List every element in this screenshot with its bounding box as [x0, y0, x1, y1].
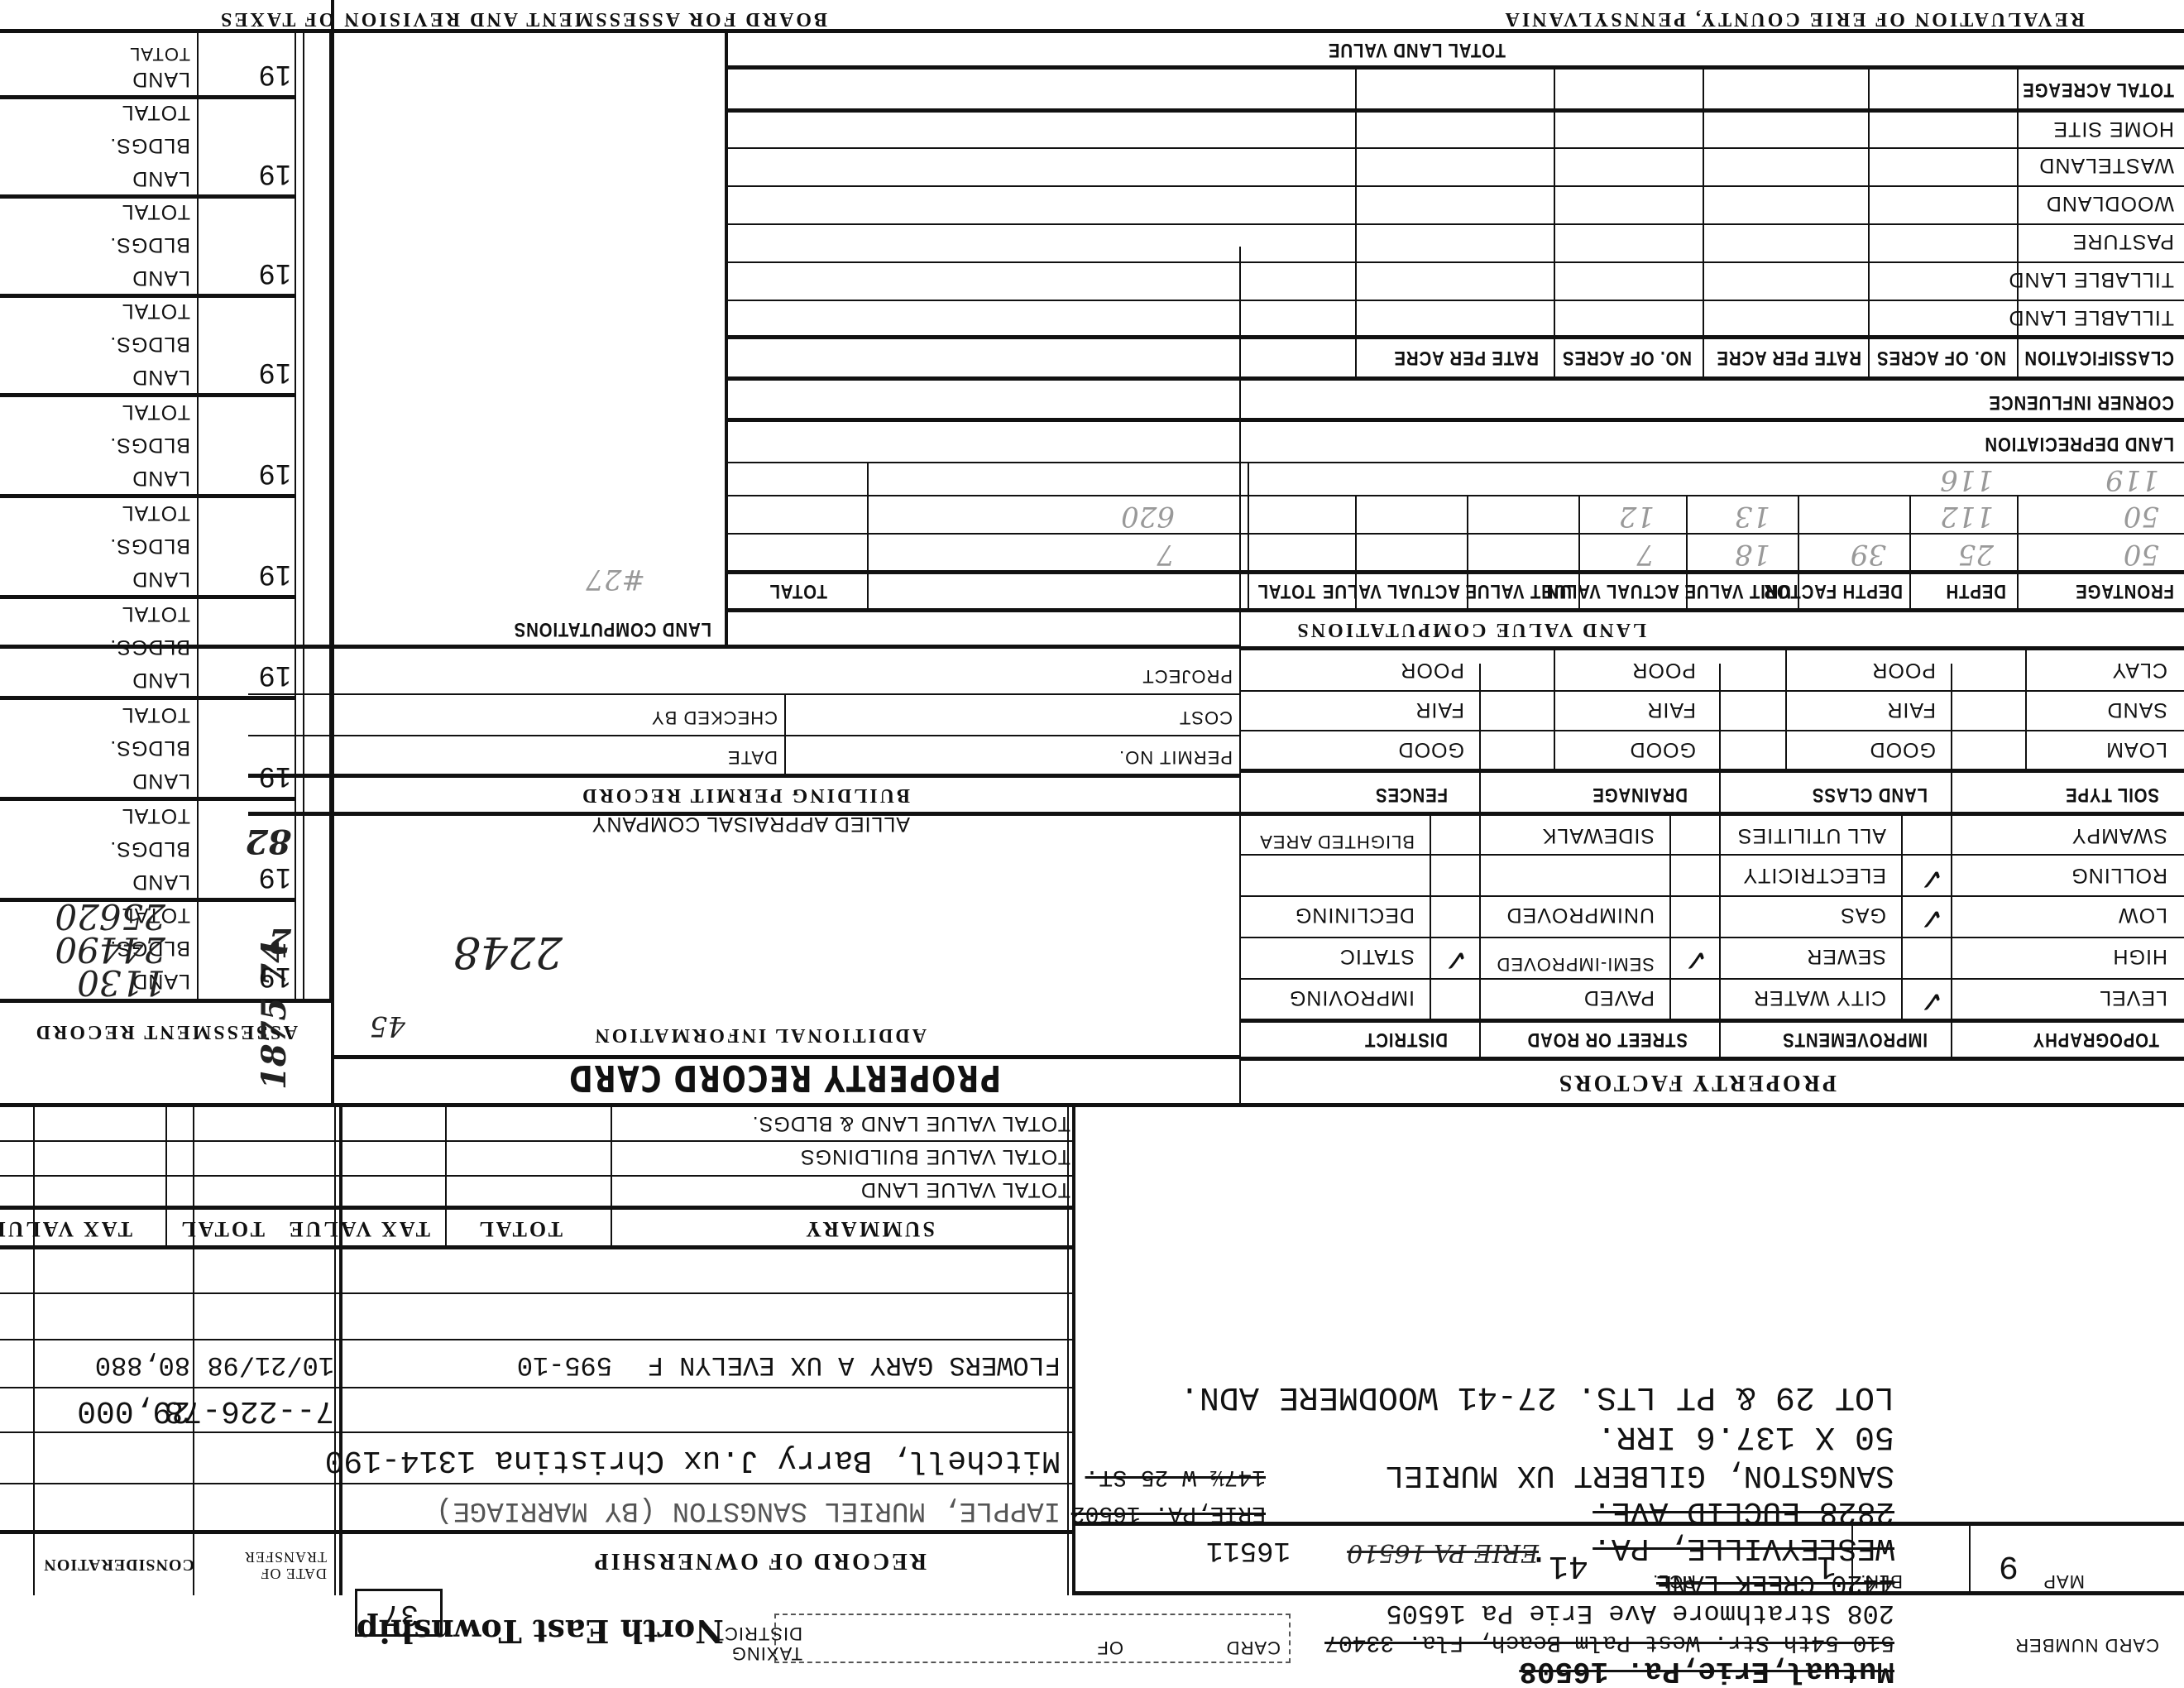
additional-info-title: ADDITIONAL INFORMATION	[592, 1024, 927, 1046]
land-computations-note: #27	[586, 563, 645, 596]
summary-title: SUMMARY	[803, 1216, 935, 1241]
board-title: BOARD FOR ASSESSMENT AND REVISION OF TAX…	[218, 7, 827, 30]
land-value-computations-title: LAND VALUE COMPUTATIONS	[1295, 618, 1646, 640]
card-of-box: CARD OF	[774, 1614, 1291, 1663]
of-label: OF	[1096, 1637, 1123, 1658]
building-permit-title: BUILDING PERMIT RECORD	[580, 784, 910, 806]
topography-header: TOPOGRAPHY	[2033, 1028, 2159, 1051]
additional-info-hand-2: 45	[370, 1009, 405, 1043]
owner-row-4-consideration: 80,880	[95, 1350, 190, 1380]
owner-row-4: FLOWERS GARY A UX EVELYN F	[648, 1350, 1061, 1380]
address-4: 208 Strathmore Ave Erie Pa 16505	[1387, 1598, 1895, 1628]
property-factors-title: PROPERTY FACTORS	[1557, 1069, 1837, 1096]
address-5: 510 54th Str. West Palm Beach, Fla. 3340…	[1324, 1629, 1894, 1655]
owner-row-4-ref: 595-10	[517, 1350, 612, 1380]
total-land-value: TOTAL LAND VALUE	[1328, 38, 1506, 61]
owner-alt-address: 147½ W 25 ST.	[1085, 1464, 1266, 1489]
col-date-header: DATE OF TRANSFER	[236, 1549, 327, 1582]
property-record-card: CARD NUMBER CARD OF TAXING DISTRICT Nort…	[0, 0, 2184, 1688]
card-label: CARD	[1226, 1637, 1281, 1658]
address-2-hand: ERIE PA 16510	[1347, 1538, 1539, 1567]
address-3: 4420 CREEK LANE	[1656, 1568, 1894, 1599]
check-electricity[interactable]: ✓	[1919, 861, 1944, 895]
address-2-zip: 16511	[1206, 1534, 1291, 1566]
card-box: 37	[355, 1589, 443, 1637]
land-computations-title: LAND COMPUTATIONS	[514, 617, 711, 640]
address-1: 2828 EUCLID AVE.	[1592, 1494, 1894, 1529]
owner-row-1: IAPPLE, MURIEL SANGSTON (BY MARRIAGE)	[436, 1494, 1061, 1526]
owner-row-4-date: 10/21/98	[207, 1350, 334, 1380]
address-1-city: ERIE,PA. 16502	[1071, 1500, 1266, 1526]
owner-row-3-consideration: 29,000	[77, 1393, 190, 1428]
summary-row-land: TOTAL VALUE LAND	[860, 1177, 1070, 1201]
check-gas[interactable]: ✓	[1919, 901, 1944, 935]
summary-row-land-bldgs: TOTAL VALUE LAND & BLDGS.	[752, 1111, 1070, 1135]
check-semi-improved[interactable]: ✓	[1683, 942, 1708, 976]
owner-row-2: Mitchell, Barry J.ux Christina 1314-190	[325, 1442, 1061, 1478]
card-title: PROPERTY RECORD CARD	[568, 1057, 1001, 1099]
additional-info-hand-1: 2248	[453, 927, 563, 976]
address-6: Mutual,Erie,Pa. 16508	[1519, 1654, 1894, 1688]
legal-line-2: 50 X 137.6 IRR.	[1597, 1417, 1894, 1455]
summary-row-buildings: TOTAL VALUE BUILDINGS	[800, 1144, 1070, 1168]
revaluation-title: REVALUATION OF ERIE COUNTY, PENNSYLVANIA	[1503, 7, 2085, 30]
card-number-label: CARD NUMBER	[2014, 1635, 2159, 1655]
legal-line-1: LOT 29 & PT LTS. 27-41 WOODMERE ADN.	[1180, 1378, 1894, 1415]
improvements-header: IMPROVEMENTS	[1782, 1028, 1928, 1051]
address-2: WESLEYVILLE, PA.	[1592, 1530, 1894, 1566]
col-consideration-header: CONSIDERATION	[43, 1555, 194, 1574]
district-header: DISTRICT	[1364, 1028, 1448, 1051]
owner-line: SANGSTON, GILBERT UX MURIEL	[1385, 1457, 1894, 1493]
check-city-water[interactable]: ✓	[1919, 984, 1944, 1018]
street-road-header: STREET OR ROAD	[1527, 1028, 1688, 1051]
map-value: 9	[1999, 1547, 2019, 1584]
check-static[interactable]: ✓	[1444, 942, 1468, 976]
ownership-title: RECORD OF OWNERSHIP	[592, 1547, 927, 1574]
